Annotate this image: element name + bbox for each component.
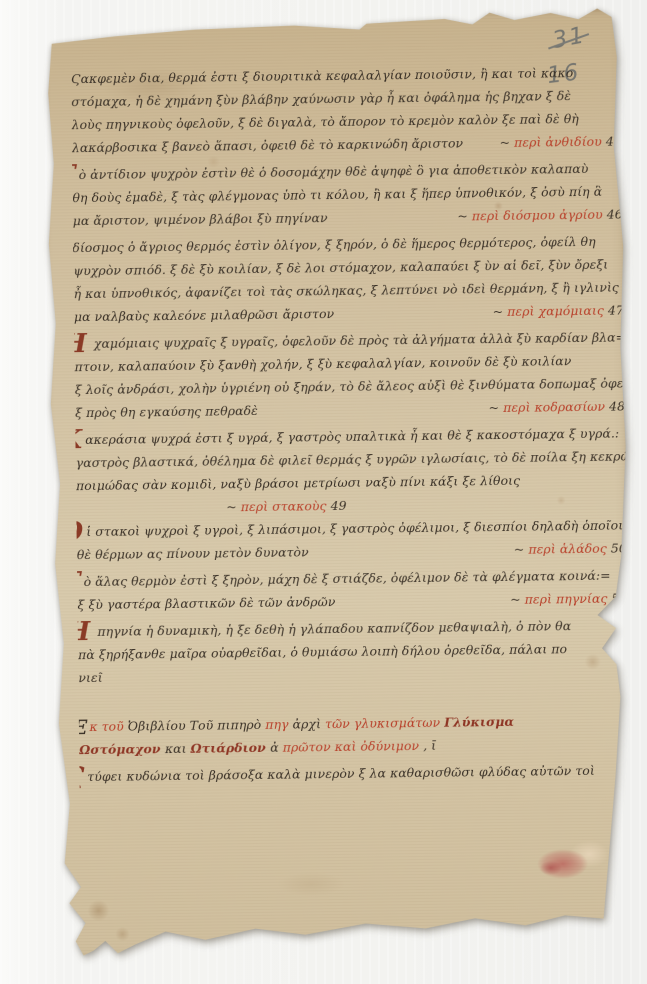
rubric-text-span: πηγ — [265, 717, 292, 732]
chapter-heading: ~ περὶ ἁλάδος 50 — [514, 536, 629, 560]
rubric-text-span: περὶ χαμόμιαις — [503, 303, 608, 319]
text-span: θὲ θέρμων ας πίνουν μετὸν δυνατὸν — [77, 544, 309, 562]
text-span: δίοσμος ὁ ἄγριος θερμός ἐστὶν ὀλίγον, ξ … — [73, 234, 596, 255]
drop-cap-initial: Τ — [77, 567, 81, 593]
drop-cap-initial: Ἡ — [78, 617, 91, 643]
text-span: 46 — [607, 206, 623, 221]
rubric-text-span: περὶ διόσμου ἀγρίου — [468, 207, 607, 224]
rubric-text-span: περὶ ἀνθιδίου — [510, 134, 606, 150]
chapter-heading: ~ περὶ κοδρασίων 48 — [488, 394, 627, 419]
chapter-heading: ~ περὶ ἀνθιδίου 45 — [499, 129, 624, 154]
text-span: ~ — [514, 542, 525, 557]
text-span: Τοῦ πιπηρὸ — [190, 717, 266, 733]
rubric-text-span: περὶ πηγνίας — [521, 591, 612, 607]
text-span: ξ λοῖς ἀνδράσι, χολὴν ὑγριένη οὐ ξηράν, … — [75, 375, 627, 397]
text-span: Ϛακφεμὲν δια, θερμά ἐστι ξ διουριτικὰ κε… — [71, 65, 573, 86]
text-span: 45 — [606, 133, 622, 148]
text-span: νιεῖ — [78, 670, 102, 685]
text-span: ~ — [489, 400, 500, 415]
chapter-heading: ~ περὶ χαμόμιαις 47 — [492, 298, 626, 323]
text-span: ακεράσια ψυχρά ἐστι ξ υγρά, ξ γαστρὸς υπ… — [85, 426, 619, 448]
drop-cap-initial: Ο — [76, 517, 83, 543]
line-body: ξ πρὸς θη εγκαύσης πεθραδὲ — [75, 399, 258, 424]
line-body: Ϛτύφει κυδώνια τοὶ βράσοξα καλὰ μινερὸν … — [79, 759, 595, 788]
text-span: 48 — [609, 398, 625, 413]
text-span: πὰ ξηρήξανθε μαῖρα οὐαρθεῖδαι, ὁ θυμιάσω… — [78, 641, 567, 662]
text-span: ξ πρὸς θη εγκαύσης πεθραδὲ — [75, 403, 258, 420]
line-body: μα ναλβαὺς καλεόνε μιλαθρῶσι ἄριστον — [74, 302, 335, 328]
text-span: 51 — [611, 590, 627, 605]
text-span: 50 — [611, 540, 627, 555]
text-span: ξ ξὺ γαστέρα βλαστικῶν δὲ τῶν ἀνδρῶν — [77, 594, 335, 612]
line-body: ξ ξὺ γαστέρα βλαστικῶν δὲ τῶν ἀνδρῶν — [77, 590, 335, 616]
drop-cap-initial: Κ — [75, 425, 82, 451]
chapter-heading: ~ περὶ διόσμου ἀγρίου 46 — [457, 202, 625, 227]
text-span: μα ἄριστον, ψιμένον βλάβοι ξὺ πηγίναν — [73, 210, 328, 228]
rubric-text-span: περὶ στακοὺς — [237, 498, 331, 514]
manuscript-line: Ϛτύφει κυδώνια τοὶ βράσοξα καλὰ μινερὸν … — [79, 758, 631, 788]
text-span: ῑ — [427, 738, 436, 753]
text-span: θη δοὺς ἐμαδὲ, ξ τὰς φλέγμονας ὑπὸ τι κό… — [72, 184, 602, 205]
line-body: μα ἄριστον, ψιμένον βλάβοι ξὺ πηγίναν — [73, 206, 328, 232]
text-span: 49 — [331, 498, 347, 513]
text-span: ~ — [500, 135, 511, 150]
parchment-page: 31 16 Ϛακφεμὲν δια, θερμά ἐστι ξ διουριτ… — [34, 4, 638, 963]
rubric-text-span: Ωστόμαχον — [79, 741, 165, 757]
text-span: ποιμώδας σὰν κομιδὶ, ναξὺ βράσοι μετρίωσ… — [76, 473, 520, 493]
line-body: νιεῖ — [78, 666, 103, 689]
text-span: ἀρχὶ — [292, 716, 325, 731]
text-span: 47 — [608, 302, 624, 317]
text-span: ὸ ἅλας θερμὸν ἐστὶ ξ ξηρὸν, μάχη δὲ ξ στ… — [84, 568, 611, 589]
line-body: θὲ θέρμων ας πίνουν μετὸν δυνατὸν — [77, 540, 309, 566]
text-span: ~ — [493, 304, 504, 319]
rubric-text-span: τῶν γλυκισμάτων — [325, 715, 444, 731]
text-span: ἦ και ὑπνοθικός, ἀφανίζει τοὶ τὰς σκώληκ… — [74, 280, 619, 302]
text-span: τύφει κυδώνια τοὶ βράσοξα καλὰ μινερὸν ξ… — [87, 763, 595, 784]
text-span: λοὺς πηγνικοὺς ὀφελοῦν, ξ δὲ διγαλὰ, τὸ … — [71, 111, 578, 132]
text-span: λακάρβοσικα ξ βανεὸ ἅπασι, ὀφειθ δὲ τὸ κ… — [72, 135, 463, 155]
chapter-heading: ~ περὶ πηγνίας 51 — [510, 586, 630, 610]
text-span: ~ — [510, 592, 521, 607]
rubric-text-span: Γλύκισμα — [444, 714, 514, 730]
rubric-text-span: πρῶτον καὶ ὀδύνιμον — [283, 738, 420, 755]
line-body: λακάρβοσικα ξ βανεὸ ἅπασι, ὀφειθ δὲ τὸ κ… — [72, 131, 464, 159]
rubric-text-span: περὶ ἁλάδος — [524, 541, 611, 557]
drop-cap-initial: Ϛ — [79, 762, 84, 788]
pencil-crossed-out-number: 31 — [550, 22, 588, 54]
text-span: ψυχρὸν σπιόδ. ξ δὲ ξὺ κοιλίαν, ξ δὲ λοι … — [73, 257, 608, 279]
text-span: ἀ — [270, 740, 283, 755]
text-span: χαμόμιαις ψυχραῖς ξ υγραῖς, ὀφελοῦν δὲ π… — [90, 329, 626, 351]
text-span: πτοιν, καλαπαύοιν ξὺ ξανθὴ χολήν, ξ ξὺ κ… — [74, 353, 571, 374]
text-span: ὸ ἀντίδιον ψυχρὸν ἐστὶν θὲ ὁ δοσομάχην θ… — [79, 161, 589, 182]
manuscript-text: Ϛακφεμὲν δια, θερμά ἐστι ξ διουριτικὰ κε… — [71, 60, 632, 788]
drop-cap-initial: Ἐ — [79, 715, 88, 738]
text-span: στόμαχα, ἡ δὲ χημάνη ξὺν βλάβην χαύνωσιν… — [71, 88, 571, 109]
text-span: ~ — [457, 208, 468, 223]
rubric-text-span: κ τοῦ — [89, 719, 128, 734]
text-span: γαστρὸς βλαστικά, ὀθέλημα δὲ φιλεῖ θερμά… — [76, 448, 628, 470]
rubric-text-span: περὶ κοδρασίων — [499, 399, 609, 415]
text-span: πηγνία ἡ δυναμικὴ, ἡ ξε δεθὴ ἡ γλάπαδου … — [93, 618, 571, 639]
text-span: μα ναλβαὺς καλεόνε μιλαθρῶσι ἄριστον — [74, 306, 334, 324]
drop-cap-initial: Τ — [72, 160, 76, 186]
chapter-heading: ~ περὶ στακοὺς 49 — [226, 494, 349, 518]
line-body: Ωστόμαχον και Ωτιάρδιον ἀ πρῶτον καὶ ὀδύ… — [79, 734, 436, 761]
text-span: , — [419, 738, 427, 753]
rubric-text-span: Ωτιάρδιον — [191, 740, 271, 756]
drop-cap-initial: Ἡ — [74, 329, 87, 355]
manuscript-page-wrapper: 31 16 Ϛακφεμὲν δια, θερμά ἐστι ξ διουριτ… — [34, 4, 638, 963]
text-span: Ὀβιβλίου — [128, 718, 190, 734]
text-span: και — [165, 741, 191, 756]
text-span: ἱ στακοὶ ψυχροὶ ξ υγροὶ, ξ λιπάσιμοι, ξ … — [86, 517, 628, 539]
